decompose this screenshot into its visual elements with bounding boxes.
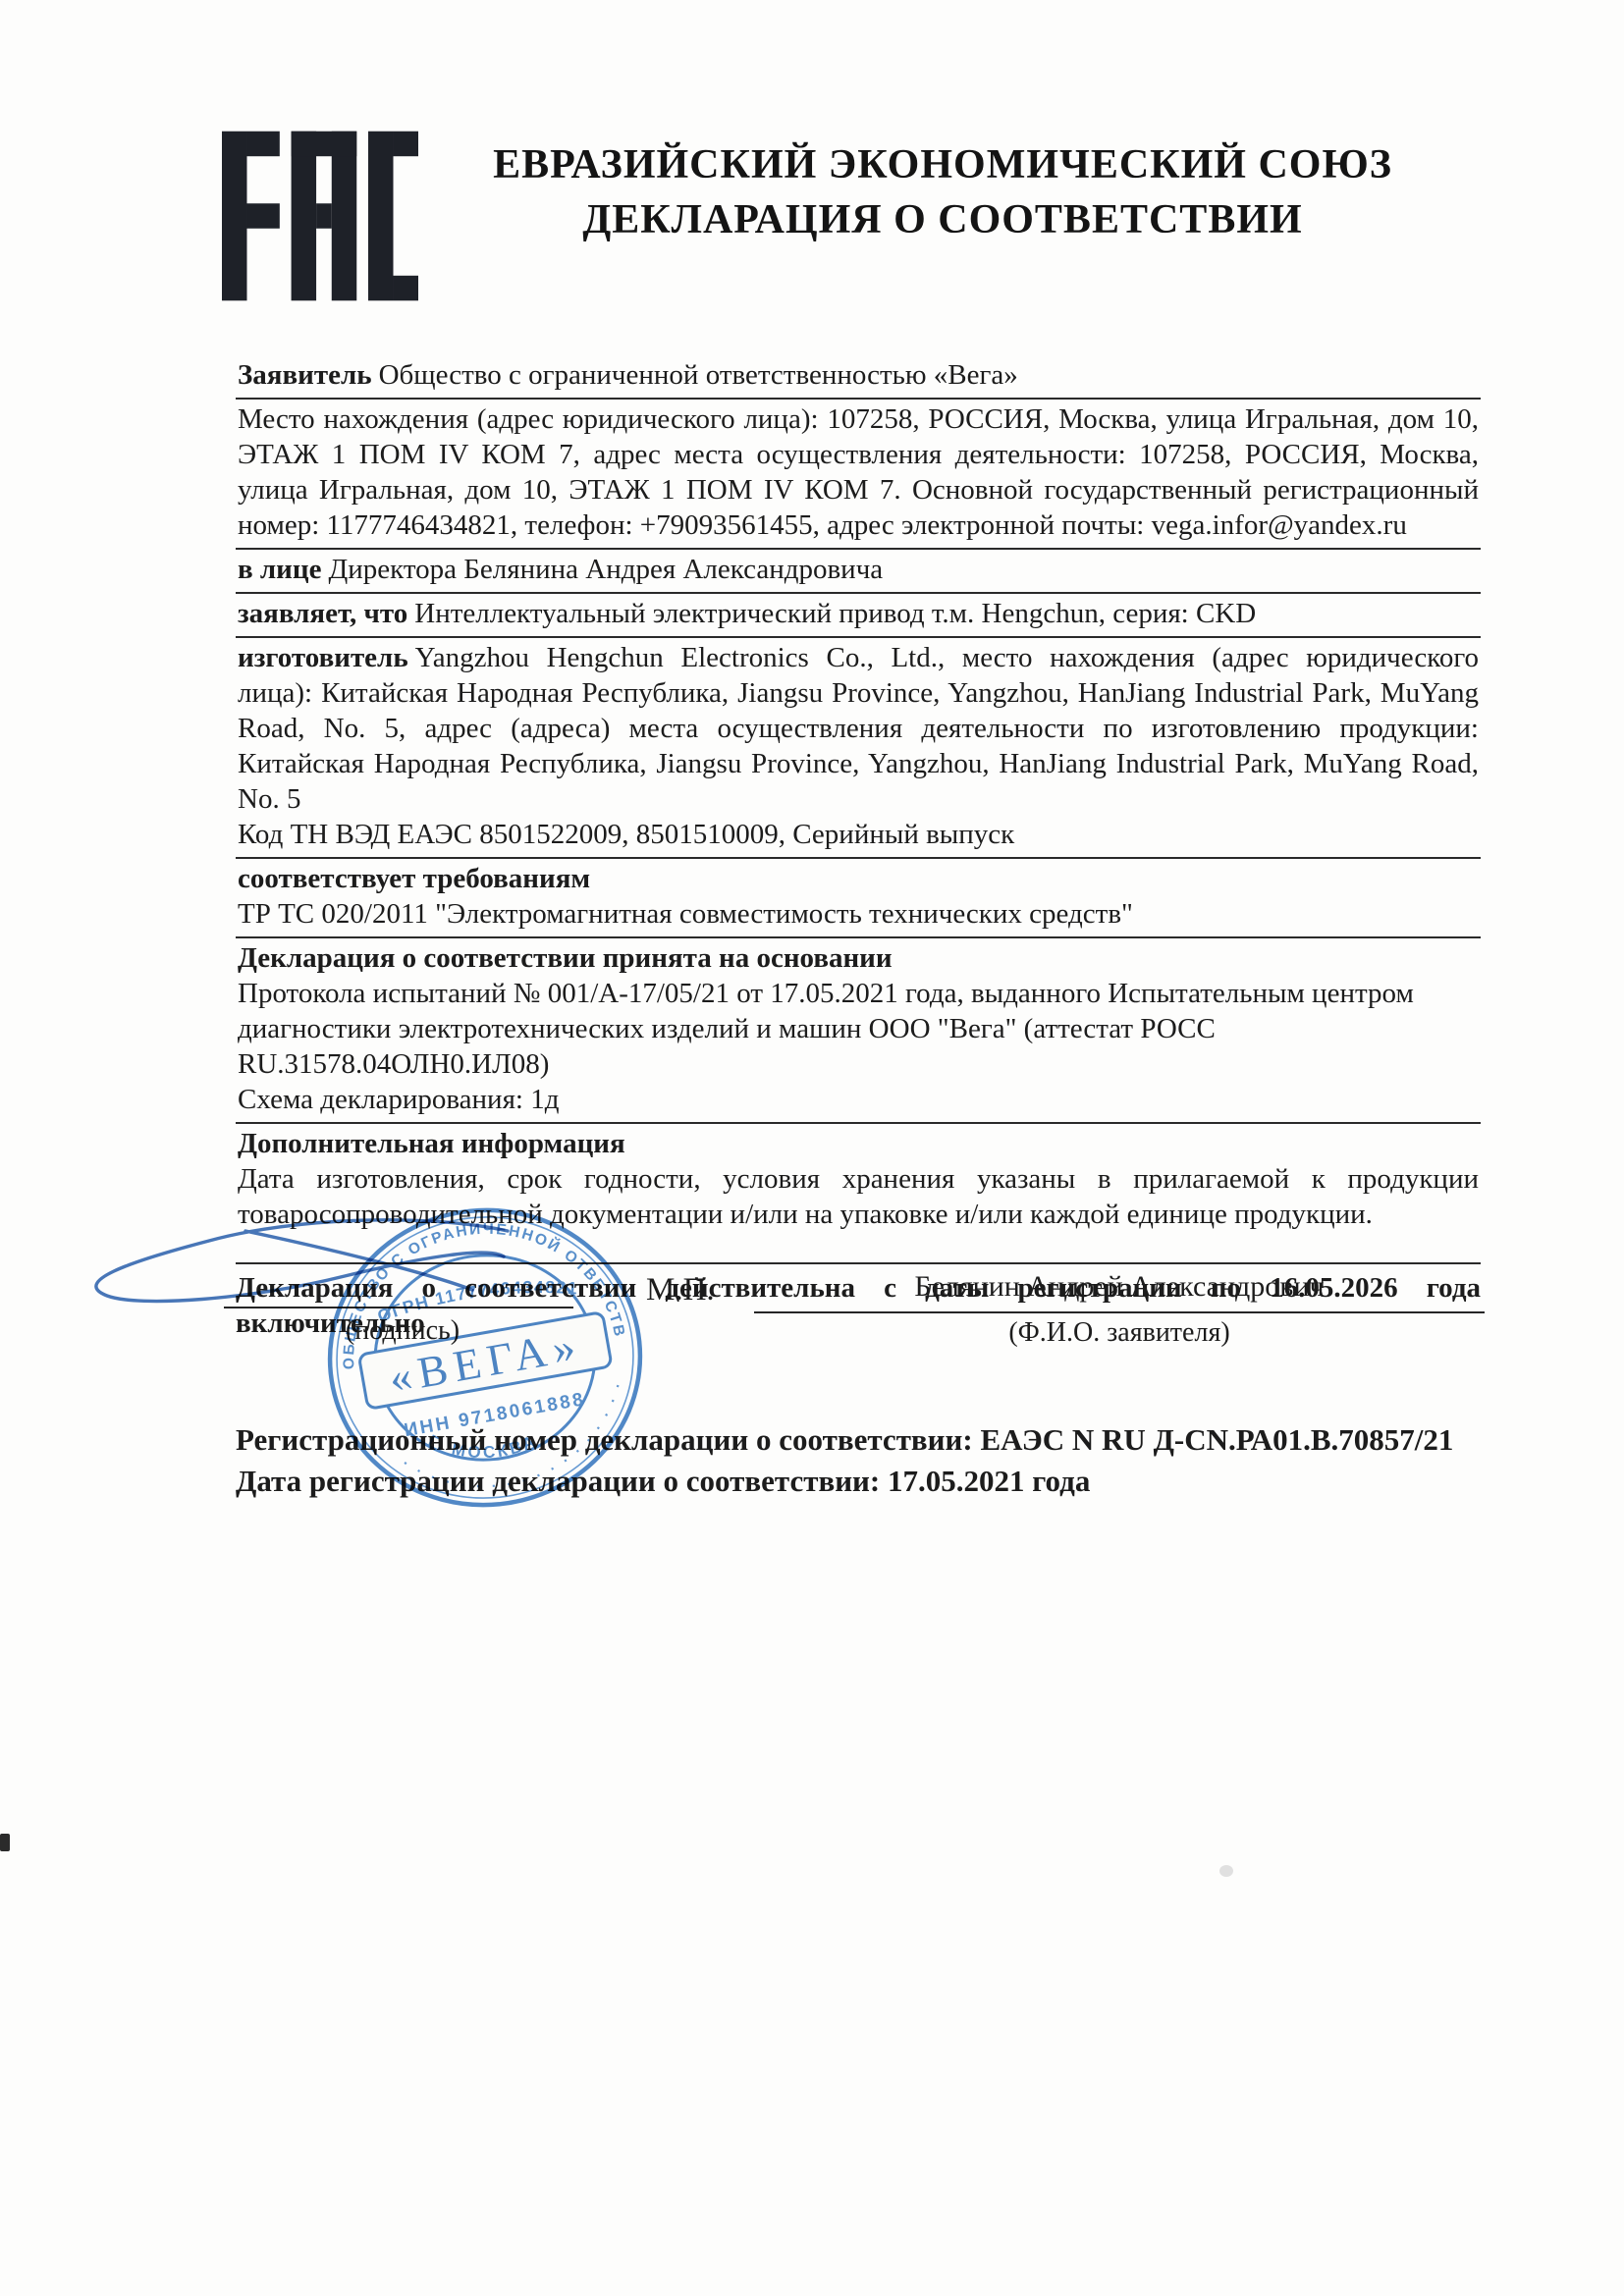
representative-value: Директора Белянина Андрея Александровича [328, 554, 883, 585]
basis-line: RU.31578.04ОЛН0.ИЛ08) [238, 1046, 1479, 1082]
document-title: ЕВРАЗИЙСКИЙ ЭКОНОМИЧЕСКИЙ СОЮЗ ДЕКЛАРАЦИ… [393, 137, 1492, 247]
applicant-name-line [754, 1311, 1485, 1313]
additional-info-label: Дополнительная информация [238, 1126, 1472, 1161]
tn-ved-code: Код ТН ВЭД ЕАЭС 8501522009, 8501510009, … [238, 817, 1479, 852]
applicant-section: ЗаявительОбщество с ограниченной ответст… [236, 355, 1481, 400]
title-line-declaration: ДЕКЛАРАЦИЯ О СООТВЕТСТВИИ [393, 192, 1492, 247]
declaration-document: ЕВРАЗИЙСКИЙ ЭКОНОМИЧЕСКИЙ СОЮЗ ДЕКЛАРАЦИ… [0, 0, 1624, 2296]
compliance-regulation: ТР ТС 020/2011 "Электромагнитная совмест… [238, 896, 1479, 932]
declaration-scheme: Схема декларирования: 1д [238, 1082, 1479, 1117]
scan-artifact [1219, 1865, 1233, 1877]
manufacturer-label: изготовитель [238, 642, 408, 673]
stamp-place-label: М.П. [646, 1272, 715, 1308]
document-body: ЗаявительОбщество с ограниченной ответст… [236, 355, 1481, 1341]
basis-section: Декларация о соответствии принята на осн… [236, 938, 1481, 1124]
applicant-name-caption: (Ф.И.О. заявителя) [754, 1317, 1485, 1349]
manufacturer-section: изготовительYangzhou Hengchun Electronic… [236, 638, 1481, 859]
product-section: заявляет, чтоИнтеллектуальный электричес… [236, 594, 1481, 638]
product-label: заявляет, что [238, 598, 407, 629]
basis-label: Декларация о соответствии принята на осн… [238, 940, 1472, 976]
manufacturer-paragraph: изготовительYangzhou Hengchun Electronic… [238, 640, 1479, 817]
product-value: Интеллектуальный электрический привод т.… [414, 598, 1256, 629]
compliance-label: соответствует требованиям [238, 861, 1472, 896]
compliance-section: соответствует требованиям ТР ТС 020/2011… [236, 859, 1481, 938]
representative-section: в лицеДиректора Белянина Андрея Александ… [236, 550, 1481, 594]
manufacturer-value: Yangzhou Hengchun Electronics Co., Ltd.,… [238, 642, 1479, 815]
eac-mark-icon [222, 130, 418, 302]
applicant-full-name: Белянин Андрей Александрович [754, 1270, 1485, 1304]
title-line-union: ЕВРАЗИЙСКИЙ ЭКОНОМИЧЕСКИЙ СОЮЗ [393, 137, 1492, 192]
basis-line: Протокола испытаний № 001/А-17/05/21 от … [238, 976, 1479, 1011]
applicant-address-section: Место нахождения (адрес юридического лиц… [236, 400, 1481, 550]
signature-scribble [44, 1213, 535, 1326]
applicant-label: Заявитель [238, 359, 372, 391]
scan-artifact [0, 1834, 10, 1851]
representative-label: в лице [238, 554, 321, 585]
basis-line: диагностики электротехнических изделий и… [238, 1011, 1479, 1046]
applicant-value: Общество с ограниченной ответственностью… [379, 359, 1018, 391]
